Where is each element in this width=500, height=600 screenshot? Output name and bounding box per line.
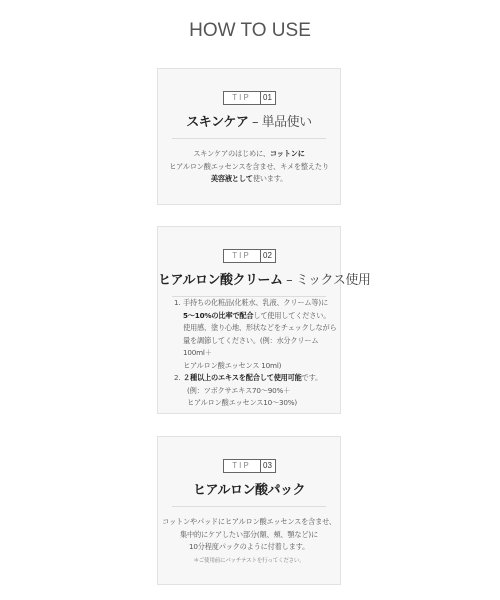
tip-card-1: TIP 01 スキンケア – 単品使い スキンケアのはじめに、コットンに ヒアル… [157, 68, 341, 205]
divider [172, 506, 326, 507]
list-item: 2. ２種以上のエキスを配合して使用可能です。 (例：ツボクサエキス70～90%… [174, 372, 340, 410]
body-text: です。 [302, 373, 322, 382]
body-text: 使います。 [253, 174, 287, 183]
list-item: 1. 手持ちの化粧品(化粧水、乳液、クリーム等)に 5～10%の比率で配合して使… [174, 297, 340, 372]
tip-label: TIP [224, 250, 261, 262]
list-number: 1. [174, 297, 180, 310]
body-text: して使用してください。 [253, 311, 330, 320]
tip-label: TIP [224, 460, 261, 472]
tip-body: スキンケアのはじめに、コットンに ヒアルロン酸エッセンスを含ませ、キメを整えたり… [158, 148, 340, 186]
tip-title-sub: – 単品使い [248, 115, 311, 130]
tip-number: 03 [261, 460, 275, 472]
body-line: 美容液として使います。 [158, 173, 340, 186]
tip-card-3: TIP 03 ヒアルロン酸パック コットンやパッドにヒアルロン酸エッセンスを含ま… [157, 436, 341, 585]
tip-number: 01 [261, 92, 275, 104]
body-text-bold: 5～10%の比率で配合 [183, 311, 253, 320]
body-line: ２種以上のエキスを配合して使用可能です。 [183, 372, 340, 385]
tip-title-sub: – ミックス使用 [282, 273, 370, 288]
body-text: ヒアルロン酸エッセンス 10ml) [183, 361, 281, 370]
tip-title: ヒアルロン酸パック [158, 479, 340, 498]
body-text: 手持ちの化粧品(化粧水、乳液、クリーム等)に [183, 298, 328, 307]
body-text: 集中的にケアしたい部分(額、頬、顎など)に [180, 530, 318, 539]
body-line: 量を調節してください。(例：水分クリーム 100ml＋ [183, 335, 340, 360]
body-line: ヒアルロン酸エッセンス 10ml) [183, 360, 340, 373]
tip-label: TIP [224, 92, 261, 104]
tip-badge: TIP 01 [223, 91, 276, 105]
tip-body: コットンやパッドにヒアルロン酸エッセンスを含ませ、 集中的にケアしたい部分(額、… [158, 516, 340, 567]
tip-badge: TIP 02 [223, 249, 276, 263]
body-text: 使用感、塗り心地、形状などをチェックしながら [183, 323, 337, 332]
tip-title-main: ヒアルロン酸クリーム [158, 273, 282, 288]
body-text: 10分程度パックのように付着します。 [189, 542, 309, 551]
body-text-bold: ２種以上のエキスを配合して使用可能 [183, 373, 302, 382]
tip-title-main: スキンケア [186, 115, 248, 130]
body-line: ヒアルロン酸エッセンスを含ませ、キメを整えたり [158, 161, 340, 174]
list-number: 2. [174, 372, 180, 385]
body-text: ヒアルロン酸エッセンス10～30%) [187, 398, 297, 407]
body-line: (例：ツボクサエキス70～90%＋ [183, 385, 340, 398]
body-line: 5～10%の比率で配合して使用してください。 [183, 310, 340, 323]
body-line: 10分程度パックのように付着します。 [158, 541, 340, 554]
body-text: スキンケアのはじめに、 [193, 149, 270, 158]
tip-title-main: ヒアルロン酸パック [193, 483, 305, 498]
patch-test-note: ＊ご使用前にパッチテストを行ってください。 [158, 555, 340, 568]
body-text: (例：ツボクサエキス70～90%＋ [187, 386, 290, 395]
tip-title: ヒアルロン酸クリーム – ミックス使用 [158, 269, 340, 288]
body-line: スキンケアのはじめに、コットンに [158, 148, 340, 161]
tip-card-2: TIP 02 ヒアルロン酸クリーム – ミックス使用 1. 手持ちの化粧品(化粧… [157, 226, 341, 414]
body-text: コットンやパッドにヒアルロン酸エッセンスを含ませ、 [162, 517, 336, 526]
body-text: ヒアルロン酸エッセンスを含ませ、キメを整えたり [169, 162, 329, 171]
divider [172, 138, 326, 139]
body-line: ヒアルロン酸エッセンス10～30%) [183, 397, 340, 410]
body-line: 集中的にケアしたい部分(額、頬、顎など)に [158, 529, 340, 542]
tip-number: 02 [261, 250, 275, 262]
page-title: HOW TO USE [0, 20, 500, 42]
body-line: コットンやパッドにヒアルロン酸エッセンスを含ませ、 [158, 516, 340, 529]
body-text: 量を調節してください。(例：水分クリーム 100ml＋ [183, 336, 318, 358]
tip-list: 1. 手持ちの化粧品(化粧水、乳液、クリーム等)に 5～10%の比率で配合して使… [158, 297, 340, 410]
tip-title: スキンケア – 単品使い [158, 111, 340, 130]
body-line: 使用感、塗り心地、形状などをチェックしながら [183, 322, 340, 335]
body-text-bold: コットンに [270, 149, 305, 158]
tip-badge: TIP 03 [223, 459, 276, 473]
body-line: 手持ちの化粧品(化粧水、乳液、クリーム等)に [183, 297, 340, 310]
body-text-bold: 美容液として [211, 174, 253, 183]
